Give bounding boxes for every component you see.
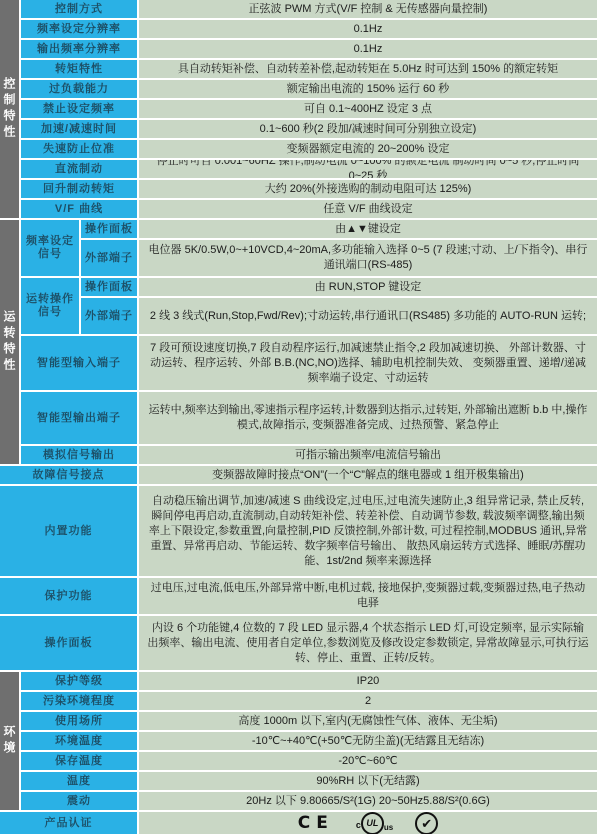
row-torque-characteristics: 转矩特性 具自动转矩补偿、自动转差补偿,起动转矩在 5.0Hz 时可达到 150…: [21, 60, 597, 78]
label-location: 使用场所: [21, 712, 137, 730]
section-title-environment: 环境: [0, 672, 19, 810]
label-protection-class: 保护等级: [21, 672, 137, 690]
value-protection-functions: 过电压,过电流,低电压,外部异常中断,电机过载, 接地保护,变频器过载,变频器过…: [139, 578, 597, 614]
value-freq-setting-resolution: 0.1Hz: [139, 20, 597, 38]
row-storage-temperature: 保存温度 -20℃~60℃: [21, 752, 597, 770]
section-environment: 环境 保护等级 IP20 污染环境程度 2 使用场所 高度 1000m 以下,室…: [0, 672, 597, 810]
label-prohibited-frequency: 禁止设定频率: [21, 100, 137, 118]
row-stall-prevention: 失速防止位准 变频器额定电流的 20~200% 设定: [21, 140, 597, 158]
label-product-certification: 产品认证: [0, 812, 137, 834]
value-accel-decel-time: 0.1~600 秒(2 段加/减速时间可分别独立设定): [139, 120, 597, 138]
ce-mark-icon: CE: [298, 816, 334, 831]
row-vibration: 震动 20Hz 以下 9.80665/S²(1G) 20~50Hz5.88/S²…: [21, 792, 597, 810]
row-protection-functions: 保护功能 过电压,过电流,低电压,外部异常中断,电机过载, 接地保护,变频器过载…: [0, 578, 597, 614]
value-overload-capacity: 额定输出电流的 150% 运行 60 秒: [139, 80, 597, 98]
label-smart-input-terminals: 智能型输入端子: [21, 336, 137, 390]
label-run-signal-panel: 操作面板: [81, 278, 137, 296]
label-freq-setting-resolution: 频率设定分辨率: [21, 20, 137, 38]
value-torque-characteristics: 具自动转矩补偿、自动转差补偿,起动转矩在 5.0Hz 时可达到 150% 的额定…: [139, 60, 597, 78]
value-location: 高度 1000m 以下,室内(无腐蚀性气体、液体、无尘垢): [139, 712, 597, 730]
row-product-certification: 产品认证 CE c UL us ✔: [0, 812, 597, 834]
value-humidity: 90%RH 以下(无结露): [139, 772, 597, 790]
label-pollution-degree: 污染环境程度: [21, 692, 137, 710]
label-analog-output: 模拟信号输出: [21, 446, 137, 464]
section-control-rows: 控制方式 正弦波 PWM 方式(V/F 控制 & 无传感器向量控制) 频率设定分…: [21, 0, 597, 218]
label-ambient-temperature: 环境温度: [21, 732, 137, 750]
row-pollution-degree: 污染环境程度 2: [21, 692, 597, 710]
value-fault-contact: 变频器故障时接点“ON”(一个“C”解点的继电器或 1 组开极集输出): [139, 466, 597, 484]
label-regen-braking-torque: 回升制动转矩: [21, 180, 137, 198]
value-run-signal-external: 2 线 3 线式(Run,Stop,Fwd/Rev);寸动运转,串行通讯口(RS…: [139, 298, 597, 334]
value-pollution-degree: 2: [139, 692, 597, 710]
label-accel-decel-time: 加速/减速时间: [21, 120, 137, 138]
section-title-control: 控制特性: [0, 0, 19, 218]
label-run-signal-external: 外部端子: [81, 298, 137, 334]
certification-marks: CE c UL us ✔: [298, 812, 438, 834]
row-smart-output-terminals: 智能型输出端子 运转中,频率达到输出,零速指示程序运转,计数器到达指示,过转矩,…: [21, 392, 597, 444]
value-operation-panel: 内设 6 个功能键,4 位数的 7 段 LED 显示器,4 个状态指示 LED …: [139, 616, 597, 670]
label-overload-capacity: 过负载能力: [21, 80, 137, 98]
freq-signal-subrows: 操作面板 由▲▼键设定 外部端子 电位器 5K/0.5W,0~+10VCD,4~…: [81, 220, 597, 276]
label-freq-signal-external: 外部端子: [81, 240, 137, 276]
section-operation-rows: 频率设定信号 操作面板 由▲▼键设定 外部端子 电位器 5K/0.5W,0~+1…: [21, 220, 597, 464]
row-humidity: 温度 90%RH 以下(无结露): [21, 772, 597, 790]
row-control-mode: 控制方式 正弦波 PWM 方式(V/F 控制 & 无传感器向量控制): [21, 0, 597, 18]
value-protection-class: IP20: [139, 672, 597, 690]
label-vibration: 震动: [21, 792, 137, 810]
row-analog-output: 模拟信号输出 可指示输出频率/电流信号输出: [21, 446, 597, 464]
value-smart-output-terminals: 运转中,频率达到输出,零速指示程序运转,计数器到达指示,过转矩, 外部输出遮断 …: [139, 392, 597, 444]
c-tick-mark-icon: ✔: [415, 812, 438, 834]
label-fault-contact: 故障信号接点: [0, 466, 137, 484]
value-freq-signal-panel: 由▲▼键设定: [139, 220, 597, 238]
row-smart-input-terminals: 智能型输入端子 7 段可预设速度切换,7 段自动程序运行,加减速禁止指令,2 段…: [21, 336, 597, 390]
value-dc-braking: 停止时可自 0.001~60HZ 操作,制动电流 0~100% 的额定电流 制动…: [139, 160, 597, 178]
row-accel-decel-time: 加速/减速时间 0.1~600 秒(2 段加/减速时间可分别独立设定): [21, 120, 597, 138]
row-builtin-functions: 内置功能 自动稳压输出调节,加速/减速 S 曲线设定,过电压,过电流失速防止,3…: [0, 486, 597, 576]
row-freq-signal-external: 外部端子 电位器 5K/0.5W,0~+10VCD,4~20mA,多功能输入选择…: [81, 240, 597, 276]
value-freq-signal-external: 电位器 5K/0.5W,0~+10VCD,4~20mA,多功能输入选择 0~5 …: [139, 240, 597, 276]
section-control: 控制特性 控制方式 正弦波 PWM 方式(V/F 控制 & 无传感器向量控制) …: [0, 0, 597, 218]
value-control-mode: 正弦波 PWM 方式(V/F 控制 & 无传感器向量控制): [139, 0, 597, 18]
section-operation: 运转特性 频率设定信号 操作面板 由▲▼键设定 外部端子 电位器 5K/0.5W…: [0, 220, 597, 464]
value-product-certification: CE c UL us ✔: [139, 812, 597, 834]
group-run-signal: 运转操作信号 操作面板 由 RUN,STOP 键设定 外部端子 2 线 3 线式…: [21, 278, 597, 334]
value-builtin-functions: 自动稳压输出调节,加速/减速 S 曲线设定,过电压,过电流失速防止,3 组异常记…: [139, 486, 597, 576]
row-overload-capacity: 过负载能力 额定输出电流的 150% 运行 60 秒: [21, 80, 597, 98]
label-output-freq-resolution: 输出频率分辨率: [21, 40, 137, 58]
spec-table: 控制特性 控制方式 正弦波 PWM 方式(V/F 控制 & 无传感器向量控制) …: [0, 0, 597, 834]
run-signal-subrows: 操作面板 由 RUN,STOP 键设定 外部端子 2 线 3 线式(Run,St…: [81, 278, 597, 334]
label-dc-braking: 直流制动: [21, 160, 137, 178]
row-ambient-temperature: 环境温度 -10℃~+40℃(+50℃无防尘盖)(无结露且无结冻): [21, 732, 597, 750]
row-protection-class: 保护等级 IP20: [21, 672, 597, 690]
label-control-mode: 控制方式: [21, 0, 137, 18]
row-run-signal-external: 外部端子 2 线 3 线式(Run,Stop,Fwd/Rev);寸动运转,串行通…: [81, 298, 597, 334]
label-operation-panel: 操作面板: [0, 616, 137, 670]
row-output-freq-resolution: 输出频率分辨率 0.1Hz: [21, 40, 597, 58]
row-operation-panel: 操作面板 内设 6 个功能键,4 位数的 7 段 LED 显示器,4 个状态指示…: [0, 616, 597, 670]
label-storage-temperature: 保存温度: [21, 752, 137, 770]
label-freq-signal-panel: 操作面板: [81, 220, 137, 238]
value-stall-prevention: 变频器额定电流的 20~200% 设定: [139, 140, 597, 158]
row-run-signal-panel: 操作面板 由 RUN,STOP 键设定: [81, 278, 597, 296]
label-builtin-functions: 内置功能: [0, 486, 137, 576]
label-vf-curve: V/F 曲线: [21, 200, 137, 218]
section-title-operation: 运转特性: [0, 220, 19, 464]
row-vf-curve: V/F 曲线 任意 V/F 曲线设定: [21, 200, 597, 218]
label-run-signal: 运转操作信号: [21, 278, 79, 334]
label-humidity: 温度: [21, 772, 137, 790]
row-prohibited-frequency: 禁止设定频率 可自 0.1~400HZ 设定 3 点: [21, 100, 597, 118]
value-vf-curve: 任意 V/F 曲线设定: [139, 200, 597, 218]
row-regen-braking-torque: 回升制动转矩 大约 20%(外接选购的制动电阻可达 125%): [21, 180, 597, 198]
cul-us-mark-icon: c UL us: [356, 812, 393, 834]
value-smart-input-terminals: 7 段可预设速度切换,7 段自动程序运行,加减速禁止指令,2 段加减速切换、 外…: [139, 336, 597, 390]
value-analog-output: 可指示输出频率/电流信号输出: [139, 446, 597, 464]
row-dc-braking: 直流制动 停止时可自 0.001~60HZ 操作,制动电流 0~100% 的额定…: [21, 160, 597, 178]
row-freq-signal-panel: 操作面板 由▲▼键设定: [81, 220, 597, 238]
value-prohibited-frequency: 可自 0.1~400HZ 设定 3 点: [139, 100, 597, 118]
label-torque-characteristics: 转矩特性: [21, 60, 137, 78]
value-vibration: 20Hz 以下 9.80665/S²(1G) 20~50Hz5.88/S²(0.…: [139, 792, 597, 810]
group-freq-signal: 频率设定信号 操作面板 由▲▼键设定 外部端子 电位器 5K/0.5W,0~+1…: [21, 220, 597, 276]
label-smart-output-terminals: 智能型输出端子: [21, 392, 137, 444]
label-protection-functions: 保护功能: [0, 578, 137, 614]
row-location: 使用场所 高度 1000m 以下,室内(无腐蚀性气体、液体、无尘垢): [21, 712, 597, 730]
value-storage-temperature: -20℃~60℃: [139, 752, 597, 770]
value-ambient-temperature: -10℃~+40℃(+50℃无防尘盖)(无结露且无结冻): [139, 732, 597, 750]
label-stall-prevention: 失速防止位准: [21, 140, 137, 158]
value-regen-braking-torque: 大约 20%(外接选购的制动电阻可达 125%): [139, 180, 597, 198]
label-freq-signal: 频率设定信号: [21, 220, 79, 276]
row-freq-setting-resolution: 频率设定分辨率 0.1Hz: [21, 20, 597, 38]
section-environment-rows: 保护等级 IP20 污染环境程度 2 使用场所 高度 1000m 以下,室内(无…: [21, 672, 597, 810]
value-output-freq-resolution: 0.1Hz: [139, 40, 597, 58]
row-fault-contact: 故障信号接点 变频器故障时接点“ON”(一个“C”解点的继电器或 1 组开极集输…: [0, 466, 597, 484]
value-run-signal-panel: 由 RUN,STOP 键设定: [139, 278, 597, 296]
